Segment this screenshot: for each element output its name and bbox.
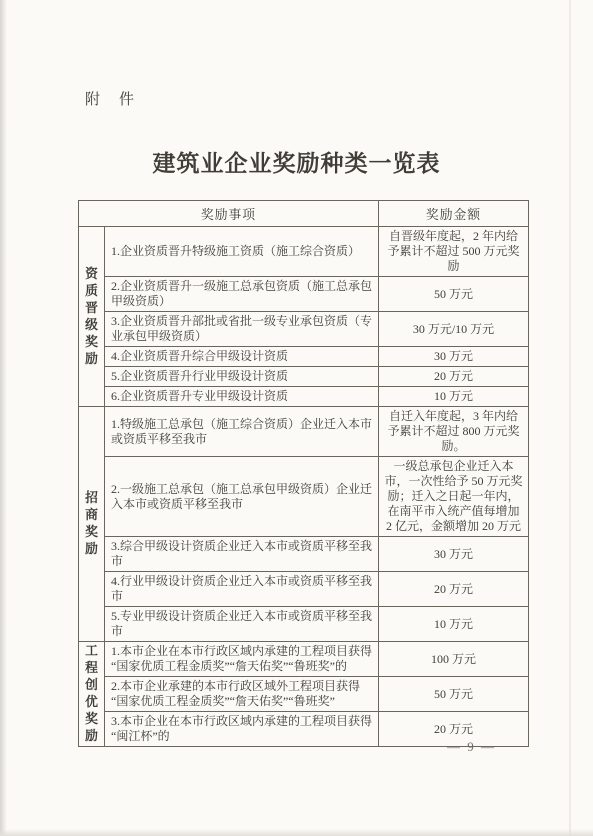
- category-char: 奖: [79, 711, 104, 728]
- reward-amount-cell: 20 万元: [379, 367, 529, 387]
- reward-amount-cell: 自迁入年度起，3 年内给予累计不超过 800 万元奖励。: [379, 407, 529, 457]
- category-cell-2: 工程创优奖励: [79, 642, 105, 747]
- category-char: 励: [79, 728, 104, 745]
- reward-item-cell: 4.行业甲级设计资质企业迁入本市或资质平移至我市: [105, 572, 379, 607]
- category-char: 晋: [79, 300, 104, 317]
- reward-item-cell: 3.本市企业在本市行政区域内承建的工程项目获得“闽江杯”的: [105, 712, 379, 747]
- reward-amount-cell: 50 万元: [379, 677, 529, 712]
- category-char: 奖: [79, 334, 104, 351]
- reward-amount-cell: 30 万元: [379, 347, 529, 367]
- category-char: 商: [79, 507, 104, 524]
- table-row: 2.企业资质晋升一级施工总承包资质（施工总承包甲级资质）50 万元: [79, 277, 529, 312]
- table-row: 招商奖励1.特级施工总承包（施工综合资质）企业迁入本市或资质平移至我市自迁入年度…: [79, 407, 529, 457]
- category-char: 质: [79, 283, 104, 300]
- document-title: 建筑业企业奖励种类一览表: [0, 145, 593, 178]
- reward-table: 奖励事项 奖励金额 资质晋级奖励1.企业资质晋升特级施工资质（施工综合资质）自晋…: [78, 200, 529, 747]
- attachment-label: 附 件: [85, 88, 136, 109]
- category-cell-1: 招商奖励: [79, 407, 105, 642]
- page-edge-bottom: [0, 829, 593, 836]
- category-char: 程: [79, 660, 104, 677]
- reward-amount-cell: 一级总承包企业迁入本市，一次性给予 50 万元奖励；迁入之日起一年内，在南平市入…: [379, 457, 529, 537]
- table-row: 5.专业甲级设计资质企业迁入本市或资质平移至我市10 万元: [79, 607, 529, 642]
- table-row: 6.企业资质晋升专业甲级设计资质10 万元: [79, 387, 529, 407]
- table-row: 3.企业资质晋升部批或省批一级专业承包资质（专业承包甲级资质）30 万元/10 …: [79, 312, 529, 347]
- reward-item-cell: 6.企业资质晋升专业甲级设计资质: [105, 387, 379, 407]
- reward-item-cell: 3.企业资质晋升部批或省批一级专业承包资质（专业承包甲级资质）: [105, 312, 379, 347]
- category-char: 招: [79, 490, 104, 507]
- table-row: 2.本市企业承建的本市行政区域外工程项目获得“国家优质工程金质奖”“詹天佑奖”“…: [79, 677, 529, 712]
- reward-amount-cell: 20 万元: [379, 572, 529, 607]
- reward-amount-cell: 30 万元: [379, 537, 529, 572]
- reward-amount-cell: 自晋级年度起，2 年内给予累计不超过 500 万元奖励: [379, 227, 529, 277]
- table-row: 3.综合甲级设计资质企业迁入本市或资质平移至我市30 万元: [79, 537, 529, 572]
- reward-item-cell: 2.企业资质晋升一级施工总承包资质（施工总承包甲级资质）: [105, 277, 379, 312]
- header-reward-item: 奖励事项: [79, 201, 379, 227]
- category-char: 工: [79, 643, 104, 660]
- page-number: — 9 —: [447, 739, 496, 755]
- category-char: 励: [79, 541, 104, 558]
- category-char: 励: [79, 351, 104, 368]
- table-row: 5.企业资质晋升行业甲级设计资质20 万元: [79, 367, 529, 387]
- reward-item-cell: 1.企业资质晋升特级施工资质（施工综合资质）: [105, 227, 379, 277]
- reward-amount-cell: 10 万元: [379, 607, 529, 642]
- reward-item-cell: 1.特级施工总承包（施工综合资质）企业迁入本市或资质平移至我市: [105, 407, 379, 457]
- category-char: 级: [79, 317, 104, 334]
- table-row: 资质晋级奖励1.企业资质晋升特级施工资质（施工综合资质）自晋级年度起，2 年内给…: [79, 227, 529, 277]
- reward-item-cell: 3.综合甲级设计资质企业迁入本市或资质平移至我市: [105, 537, 379, 572]
- reward-item-cell: 4.企业资质晋升综合甲级设计资质: [105, 347, 379, 367]
- table-row: 4.行业甲级设计资质企业迁入本市或资质平移至我市20 万元: [79, 572, 529, 607]
- table-header-row: 奖励事项 奖励金额: [79, 201, 529, 227]
- table-row: 工程创优奖励1.本市企业在本市行政区域内承建的工程项目获得“国家优质工程金质奖”…: [79, 642, 529, 677]
- header-reward-amount: 奖励金额: [379, 201, 529, 227]
- reward-item-cell: 1.本市企业在本市行政区域内承建的工程项目获得“国家优质工程金质奖”“詹天佑奖”…: [105, 642, 379, 677]
- reward-item-cell: 5.企业资质晋升行业甲级设计资质: [105, 367, 379, 387]
- category-char: 奖: [79, 524, 104, 541]
- category-cell-0: 资质晋级奖励: [79, 227, 105, 407]
- page-edge-right: [569, 0, 571, 836]
- category-char: 创: [79, 677, 104, 694]
- reward-table-body: 资质晋级奖励1.企业资质晋升特级施工资质（施工综合资质）自晋级年度起，2 年内给…: [79, 227, 529, 747]
- reward-amount-cell: 50 万元: [379, 277, 529, 312]
- reward-amount-cell: 30 万元/10 万元: [379, 312, 529, 347]
- category-char: 优: [79, 694, 104, 711]
- reward-item-cell: 2.本市企业承建的本市行政区域外工程项目获得“国家优质工程金质奖”“詹天佑奖”“…: [105, 677, 379, 712]
- table-row: 2.一级施工总承包（施工总承包甲级资质）企业迁入本市或资质平移至我市一级总承包企…: [79, 457, 529, 537]
- reward-item-cell: 2.一级施工总承包（施工总承包甲级资质）企业迁入本市或资质平移至我市: [105, 457, 379, 537]
- scanned-document-page: 附 件 建筑业企业奖励种类一览表 奖励事项 奖励金额 资质晋级奖励1.企业资质晋…: [0, 0, 593, 836]
- table-row: 4.企业资质晋升综合甲级设计资质30 万元: [79, 347, 529, 367]
- page-edge-left: [0, 0, 7, 836]
- reward-amount-cell: 100 万元: [379, 642, 529, 677]
- category-char: 资: [79, 266, 104, 283]
- reward-item-cell: 5.专业甲级设计资质企业迁入本市或资质平移至我市: [105, 607, 379, 642]
- reward-amount-cell: 10 万元: [379, 387, 529, 407]
